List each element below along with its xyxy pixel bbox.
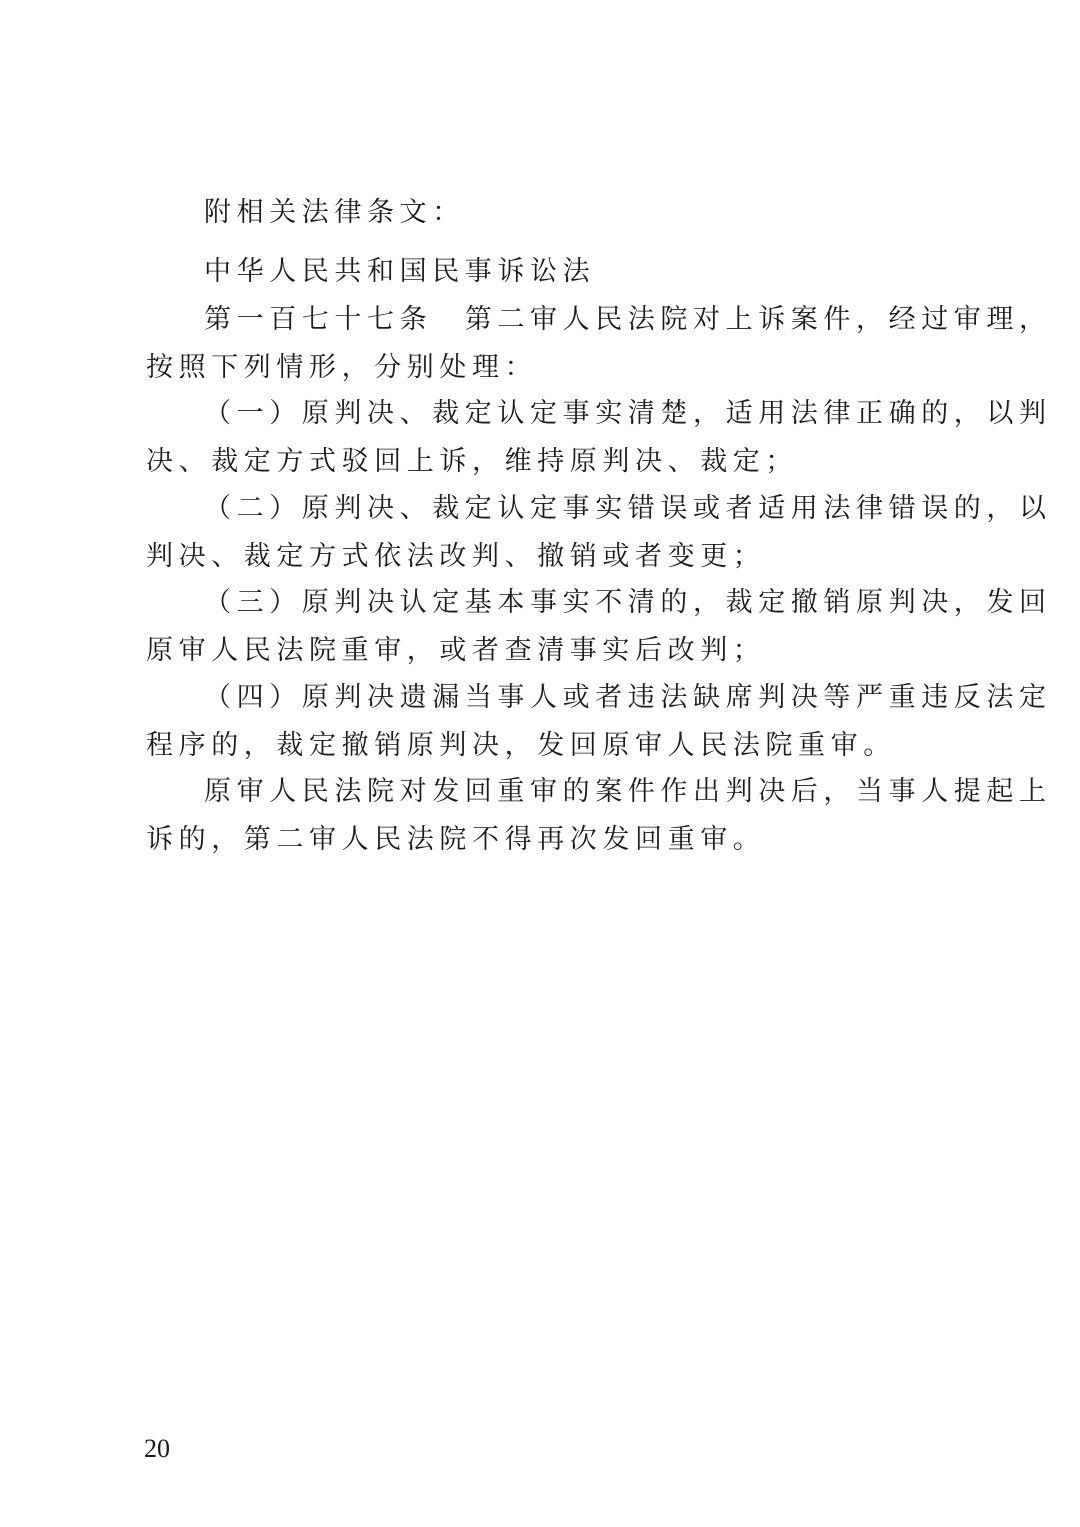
clause-2-line-2: 判决、裁定方式依法改判、撤销或者变更； <box>146 540 765 574</box>
law-title: 中华人民共和国民事诉讼法 <box>204 255 595 289</box>
clause-3-line-1: （三）原判决认定基本事实不清的，裁定撤销原判决，发回 <box>204 586 1052 620</box>
page-number: 20 <box>144 1434 170 1464</box>
clause-4-line-2: 程序的，裁定撤销原判决，发回原审人民法院重审。 <box>146 729 896 763</box>
clause-2-line-1: （二）原判决、裁定认定事实错误或者适用法律错误的，以 <box>204 492 1052 526</box>
clause-3-line-2: 原审人民法院重审，或者查清事实后改判； <box>146 634 765 668</box>
closing-paragraph-line-2: 诉的，第二审人民法院不得再次发回重审。 <box>146 823 765 857</box>
attachment-heading: 附相关法律条文： <box>204 196 465 230</box>
document-page: 附相关法律条文： 中华人民共和国民事诉讼法 第一百七十七条 第二审人民法院对上诉… <box>0 0 1080 1527</box>
article-177-line-1: 第一百七十七条 第二审人民法院对上诉案件，经过审理， <box>204 303 1052 337</box>
article-177-line-2: 按照下列情形，分别处理： <box>146 351 537 385</box>
clause-1-line-2: 决、裁定方式驳回上诉，维持原判决、裁定； <box>146 445 798 479</box>
closing-paragraph-line-1: 原审人民法院对发回重审的案件作出判决后，当事人提起上 <box>204 775 1052 809</box>
clause-1-line-1: （一）原判决、裁定认定事实清楚，适用法律正确的，以判 <box>204 397 1052 431</box>
clause-4-line-1: （四）原判决遗漏当事人或者违法缺席判决等严重违反法定 <box>204 681 1052 715</box>
